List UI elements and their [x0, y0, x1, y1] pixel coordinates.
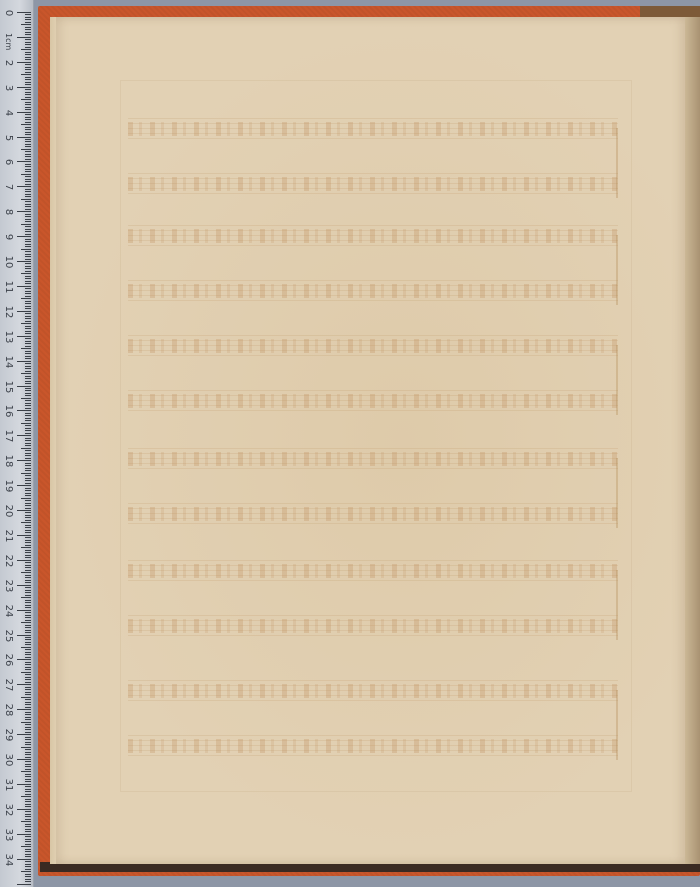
- ruler-label: 22: [3, 554, 13, 568]
- ruler-tick: [17, 112, 31, 113]
- ruler-tick: [25, 445, 31, 446]
- ruler-tick: [25, 104, 31, 105]
- ruler-tick: [25, 440, 31, 441]
- ruler-tick: [17, 410, 31, 411]
- staff-line: [128, 390, 618, 391]
- ruler-tick: [25, 657, 31, 658]
- ruler-tick: [25, 527, 31, 528]
- music-system: [128, 680, 618, 770]
- ruler-tick: [25, 752, 31, 753]
- ruler-tick: [25, 341, 31, 342]
- ruler-tick: [25, 114, 31, 115]
- ruler-label: 29: [3, 728, 13, 742]
- ruler-tick: [25, 615, 31, 616]
- ruler-tick: [25, 737, 31, 738]
- measurement-ruler: 01cm234567891011121314151617181920212223…: [0, 0, 34, 887]
- ruler-tick: [25, 465, 31, 466]
- ruler-tick: [25, 420, 31, 421]
- ruler-tick: [25, 592, 31, 593]
- barline: [616, 690, 618, 760]
- ruler-tick: [25, 44, 31, 45]
- ruler-tick: [21, 199, 31, 200]
- page-stack-edge: [685, 17, 700, 864]
- ruler-tick: [21, 398, 31, 399]
- ruler-tick: [25, 67, 31, 68]
- ruler-tick: [17, 585, 31, 586]
- ruler-tick: [25, 181, 31, 182]
- ruler-tick: [25, 333, 31, 334]
- staff-line: [128, 280, 618, 281]
- ruler-tick: [25, 313, 31, 314]
- ruler-tick: [25, 677, 31, 678]
- ruler-tick: [25, 714, 31, 715]
- ruler-tick: [17, 286, 31, 287]
- ruler-label: 23: [3, 579, 13, 593]
- ruler-tick: [25, 694, 31, 695]
- ruler-tick: [25, 254, 31, 255]
- notes-showthrough: [128, 619, 618, 633]
- ruler-tick: [25, 266, 31, 267]
- ruler-label: 7: [3, 180, 13, 194]
- ruler-tick: [25, 22, 31, 23]
- music-system: [128, 448, 618, 538]
- music-system: [128, 225, 618, 315]
- ruler-tick: [25, 169, 31, 170]
- ruler-tick: [25, 189, 31, 190]
- notes-showthrough: [128, 177, 618, 191]
- ruler-tick: [25, 395, 31, 396]
- barline: [616, 235, 618, 305]
- ruler-tick: [25, 366, 31, 367]
- ruler-tick: [25, 146, 31, 147]
- ruler-tick: [25, 550, 31, 551]
- ruler-tick: [25, 662, 31, 663]
- ruler-tick: [25, 363, 31, 364]
- ruler-tick: [25, 283, 31, 284]
- ruler-label: 16: [3, 404, 13, 418]
- ruler-tick: [21, 224, 31, 225]
- ruler-tick: [21, 672, 31, 673]
- ruler-tick: [25, 774, 31, 775]
- ruler-tick: [25, 318, 31, 319]
- ruler-tick: [17, 759, 31, 760]
- ruler-tick: [17, 535, 31, 536]
- ruler-tick: [25, 630, 31, 631]
- ruler-tick: [25, 191, 31, 192]
- ruler-tick: [17, 386, 31, 387]
- ruler-tick: [25, 814, 31, 815]
- ruler-tick: [25, 468, 31, 469]
- ruler-tick: [25, 607, 31, 608]
- staff-line: [128, 635, 618, 636]
- ruler-tick: [25, 664, 31, 665]
- ruler-tick: [25, 652, 31, 653]
- ruler-tick: [25, 463, 31, 464]
- ruler-tick: [25, 849, 31, 850]
- ruler-tick: [25, 632, 31, 633]
- ruler-label: 34: [3, 853, 13, 867]
- ruler-tick: [25, 425, 31, 426]
- ruler-tick: [25, 754, 31, 755]
- ruler-tick: [25, 19, 31, 20]
- ruler-tick: [25, 308, 31, 309]
- ruler-tick: [25, 851, 31, 852]
- ruler-tick: [25, 390, 31, 391]
- ruler-tick: [21, 522, 31, 523]
- ruler-tick: [25, 171, 31, 172]
- ruler-tick: [25, 776, 31, 777]
- ruler-tick: [25, 72, 31, 73]
- staff-line: [128, 735, 618, 736]
- ruler-tick: [25, 707, 31, 708]
- staff-line: [128, 755, 618, 756]
- ruler-tick: [25, 219, 31, 220]
- ruler-tick: [25, 244, 31, 245]
- ruler-tick: [21, 423, 31, 424]
- staff-line: [128, 700, 618, 701]
- ruler-tick: [25, 639, 31, 640]
- ruler-tick: [25, 164, 31, 165]
- ruler-tick: [17, 659, 31, 660]
- ruler-label: 28: [3, 703, 13, 717]
- ruler-tick: [25, 29, 31, 30]
- ruler-tick: [25, 82, 31, 83]
- ruler-tick: [25, 358, 31, 359]
- ruler-tick: [17, 809, 31, 810]
- ruler-tick: [25, 144, 31, 145]
- ruler-tick: [25, 231, 31, 232]
- staff-line: [128, 468, 618, 469]
- ruler-tick: [17, 734, 31, 735]
- ruler-tick: [25, 552, 31, 553]
- ruler-tick: [25, 109, 31, 110]
- music-system: [128, 560, 618, 650]
- notes-showthrough: [128, 452, 618, 466]
- ruler-tick: [25, 17, 31, 18]
- ruler-tick: [17, 560, 31, 561]
- ruler-tick: [21, 871, 31, 872]
- ruler-tick: [25, 844, 31, 845]
- staff-line: [128, 173, 618, 174]
- ruler-tick: [25, 839, 31, 840]
- ruler-tick: [25, 520, 31, 521]
- ruler-tick: [25, 674, 31, 675]
- ruler-tick: [25, 719, 31, 720]
- ruler-tick: [25, 689, 31, 690]
- ruler-tick: [25, 433, 31, 434]
- ruler-tick: [25, 368, 31, 369]
- ruler-tick: [25, 89, 31, 90]
- ruler-tick: [17, 12, 31, 13]
- ruler-tick: [25, 508, 31, 509]
- ruler-tick: [17, 610, 31, 611]
- ruler-tick: [25, 495, 31, 496]
- ruler-tick: [25, 869, 31, 870]
- ruler-tick: [25, 184, 31, 185]
- ruler-label: 11: [3, 280, 13, 294]
- ruler-tick: [25, 117, 31, 118]
- ruler-tick: [25, 201, 31, 202]
- ruler-tick: [25, 617, 31, 618]
- ruler-tick: [17, 435, 31, 436]
- staff-line: [128, 335, 618, 336]
- ruler-tick: [25, 400, 31, 401]
- ruler-label: 24: [3, 604, 13, 618]
- ruler-tick: [21, 348, 31, 349]
- ruler-tick: [25, 856, 31, 857]
- ruler-tick: [21, 597, 31, 598]
- ruler-tick: [25, 92, 31, 93]
- ruler-tick: [21, 49, 31, 50]
- staff-line: [128, 615, 618, 616]
- ruler-tick: [25, 757, 31, 758]
- ruler-tick: [25, 278, 31, 279]
- ruler-label: 3: [3, 81, 13, 95]
- ruler-tick: [25, 475, 31, 476]
- ruler-tick: [17, 137, 31, 138]
- ruler-tick: [21, 124, 31, 125]
- ruler-tick: [25, 276, 31, 277]
- staff-line: [128, 410, 618, 411]
- ruler-tick: [25, 864, 31, 865]
- ruler-tick: [21, 747, 31, 748]
- ruler-tick: [25, 525, 31, 526]
- ruler-tick: [21, 821, 31, 822]
- ruler-tick: [21, 572, 31, 573]
- ruler-tick: [25, 505, 31, 506]
- ruler-tick: [25, 480, 31, 481]
- ruler-tick: [21, 99, 31, 100]
- ruler-tick: [25, 293, 31, 294]
- ruler-tick: [25, 303, 31, 304]
- ruler-tick: [25, 587, 31, 588]
- ruler-tick: [25, 151, 31, 152]
- ruler-tick: [25, 351, 31, 352]
- ruler-tick: [25, 667, 31, 668]
- notes-showthrough: [128, 394, 618, 408]
- ruler-tick: [25, 749, 31, 750]
- ruler-tick: [25, 214, 31, 215]
- ruler-tick: [25, 831, 31, 832]
- ruler-tick: [25, 590, 31, 591]
- ruler-tick: [25, 829, 31, 830]
- ruler-tick: [25, 500, 31, 501]
- ruler-tick: [25, 620, 31, 621]
- ruler-tick: [25, 779, 31, 780]
- ruler-tick: [25, 717, 31, 718]
- ruler-tick: [25, 413, 31, 414]
- ruler-tick: [25, 306, 31, 307]
- ruler-tick: [25, 239, 31, 240]
- ruler-tick: [25, 403, 31, 404]
- ruler-tick: [25, 256, 31, 257]
- ruler-label: 0: [3, 6, 13, 20]
- staff-line: [128, 118, 618, 119]
- ruler-tick: [25, 259, 31, 260]
- ruler-tick: [21, 796, 31, 797]
- ruler-tick: [21, 448, 31, 449]
- ruler-tick: [25, 602, 31, 603]
- ruler-tick: [25, 555, 31, 556]
- ruler-label: 2: [3, 56, 13, 70]
- ruler-tick: [17, 336, 31, 337]
- ruler-tick: [25, 540, 31, 541]
- ruler-tick: [25, 724, 31, 725]
- ruler-tick: [25, 580, 31, 581]
- ruler-tick: [25, 595, 31, 596]
- ruler-tick: [17, 211, 31, 212]
- ruler-label: 13: [3, 330, 13, 344]
- ruler-tick: [25, 204, 31, 205]
- ruler-tick: [21, 647, 31, 648]
- ruler-tick: [25, 562, 31, 563]
- ruler-tick: [25, 704, 31, 705]
- ruler-tick: [21, 24, 31, 25]
- ruler-label: 6: [3, 155, 13, 169]
- ruler-tick: [25, 761, 31, 762]
- ruler-tick: [25, 346, 31, 347]
- ruler-tick: [25, 246, 31, 247]
- ruler-label: 8: [3, 205, 13, 219]
- ruler-tick: [25, 557, 31, 558]
- ruler-tick: [25, 209, 31, 210]
- ruler-tick: [25, 488, 31, 489]
- ruler-tick: [17, 161, 31, 162]
- staff-line: [128, 680, 618, 681]
- notes-showthrough: [128, 229, 618, 243]
- ruler-label: 4: [3, 106, 13, 120]
- ruler-tick: [25, 744, 31, 745]
- ruler-tick: [25, 418, 31, 419]
- ruler-tick: [25, 288, 31, 289]
- ruler-tick: [25, 644, 31, 645]
- ruler-tick: [25, 296, 31, 297]
- ruler-tick: [25, 712, 31, 713]
- ruler-tick: [17, 834, 31, 835]
- music-system: [128, 335, 618, 425]
- ruler-tick: [25, 206, 31, 207]
- music-system: [128, 118, 618, 208]
- ruler-tick: [25, 789, 31, 790]
- ruler-tick: [21, 298, 31, 299]
- ruler-tick: [25, 268, 31, 269]
- ruler-tick: [25, 42, 31, 43]
- ruler-label: 15: [3, 380, 13, 394]
- ruler-label: 18: [3, 454, 13, 468]
- ruler-tick: [25, 316, 31, 317]
- ruler-tick: [25, 47, 31, 48]
- ruler-tick: [25, 669, 31, 670]
- ruler-tick: [25, 450, 31, 451]
- ruler-tick: [25, 517, 31, 518]
- ruler-tick: [25, 57, 31, 58]
- staff-line: [128, 355, 618, 356]
- ruler-tick: [25, 134, 31, 135]
- ruler-tick: [25, 600, 31, 601]
- ruler-tick: [25, 52, 31, 53]
- ruler-tick: [21, 373, 31, 374]
- ruler-tick: [21, 323, 31, 324]
- ruler-label: 5: [3, 131, 13, 145]
- ruler-tick: [25, 226, 31, 227]
- ruler-tick: [25, 764, 31, 765]
- ruler-label: 10: [3, 255, 13, 269]
- ruler-tick: [25, 443, 31, 444]
- barline: [616, 128, 618, 198]
- ruler-tick: [17, 460, 31, 461]
- ruler-tick: [25, 221, 31, 222]
- ruler-tick: [25, 567, 31, 568]
- ruler-tick: [25, 786, 31, 787]
- ruler-tick: [25, 490, 31, 491]
- ruler-tick: [21, 174, 31, 175]
- ruler-tick: [25, 438, 31, 439]
- staff-line: [128, 138, 618, 139]
- notes-showthrough: [128, 684, 618, 698]
- staff-line: [128, 503, 618, 504]
- ruler-tick: [25, 39, 31, 40]
- ruler-label: 12: [3, 305, 13, 319]
- ruler-tick: [25, 141, 31, 142]
- ruler-tick: [25, 196, 31, 197]
- ruler-tick: [25, 879, 31, 880]
- ruler-tick: [25, 654, 31, 655]
- ruler-tick: [25, 415, 31, 416]
- ruler-tick: [21, 697, 31, 698]
- notes-showthrough: [128, 122, 618, 136]
- ruler-tick: [25, 781, 31, 782]
- ruler-tick: [25, 729, 31, 730]
- ruler-tick: [25, 687, 31, 688]
- ruler-tick: [25, 328, 31, 329]
- ruler-tick: [25, 515, 31, 516]
- ruler-tick: [25, 876, 31, 877]
- ruler-tick: [25, 455, 31, 456]
- ruler-tick: [17, 884, 31, 885]
- ruler-tick: [21, 846, 31, 847]
- ruler-tick: [17, 485, 31, 486]
- ruler-tick: [25, 338, 31, 339]
- ruler-tick: [25, 478, 31, 479]
- ruler-tick: [25, 565, 31, 566]
- ruler-tick: [25, 381, 31, 382]
- ruler-tick: [25, 428, 31, 429]
- ruler-tick: [25, 537, 31, 538]
- ruler-label: 14: [3, 355, 13, 369]
- ruler-tick: [25, 801, 31, 802]
- barline: [616, 570, 618, 640]
- ruler-tick: [25, 59, 31, 60]
- ruler-tick: [21, 498, 31, 499]
- ruler-tick: [25, 54, 31, 55]
- ruler-tick: [25, 388, 31, 389]
- ruler-tick: [25, 799, 31, 800]
- ruler-tick: [25, 470, 31, 471]
- ruler-tick: [25, 97, 31, 98]
- ruler-label: 20: [3, 504, 13, 518]
- ruler-tick: [17, 510, 31, 511]
- ruler-tick: [21, 622, 31, 623]
- staff-line: [128, 560, 618, 561]
- ruler-tick: [25, 702, 31, 703]
- ruler-tick: [17, 709, 31, 710]
- ruler-tick: [25, 179, 31, 180]
- ruler-tick: [25, 512, 31, 513]
- ruler-tick: [25, 154, 31, 155]
- ruler-tick: [25, 122, 31, 123]
- ruler-tick: [25, 806, 31, 807]
- ruler-tick: [25, 577, 31, 578]
